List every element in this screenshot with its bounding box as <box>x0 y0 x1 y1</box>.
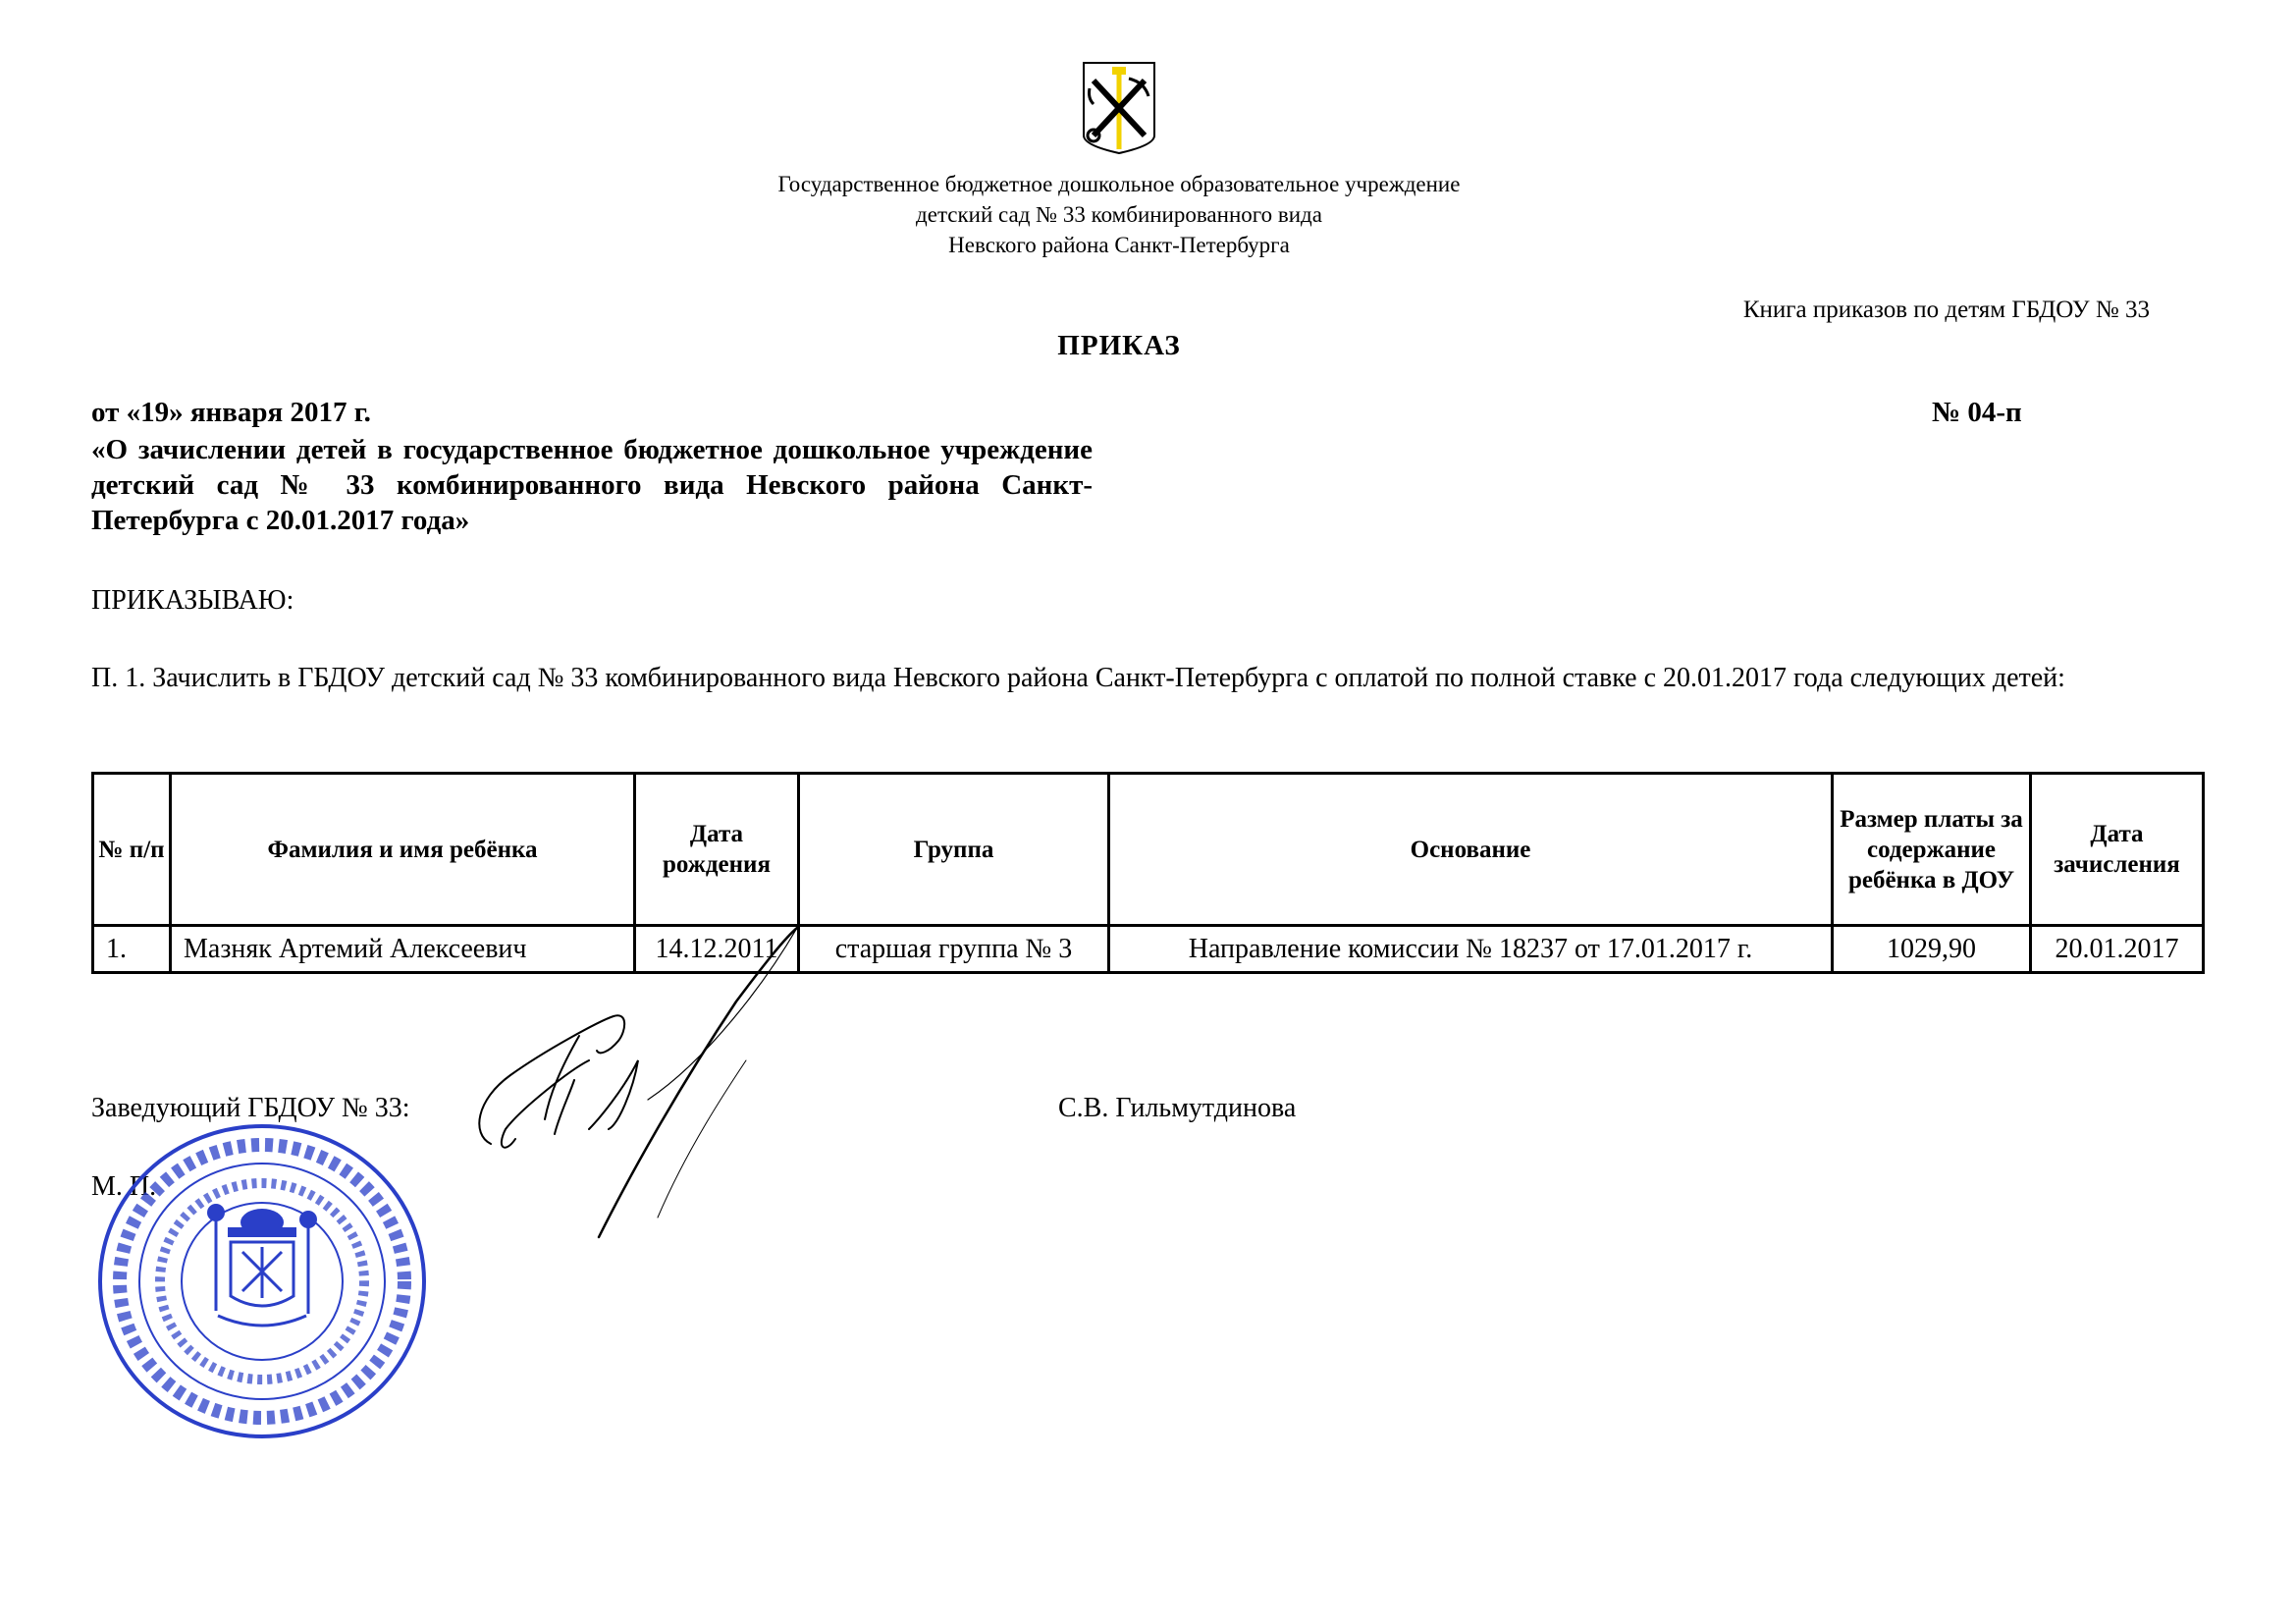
cell-group: старшая группа № 3 <box>799 926 1109 973</box>
column-header-group: Группа <box>799 774 1109 926</box>
cell-enroll-date: 20.01.2017 <box>2031 926 2204 973</box>
column-header-basis: Основание <box>1109 774 1833 926</box>
cell-birth-date: 14.12.2011 <box>635 926 799 973</box>
official-seal-stamp-icon <box>90 1119 434 1443</box>
order-paragraph-1: П. 1. Зачислить в ГБДОУ детский сад № 33… <box>91 661 2153 695</box>
column-header-birth-date: Дата рождения <box>635 774 799 926</box>
document-title: ПРИКАЗ <box>0 330 2238 362</box>
organization-name-line: Невского района Санкт-Петербурга <box>0 230 2238 260</box>
order-directive-label: ПРИКАЗЫВАЮ: <box>91 585 294 617</box>
cell-fee: 1029,90 <box>1833 926 2031 973</box>
cell-number: 1. <box>93 926 171 973</box>
column-header-fee: Размер платы за содержание ребёнка в ДОУ <box>1833 774 2031 926</box>
table-header-row: № п/п Фамилия и имя ребёнка Дата рождени… <box>93 774 2204 926</box>
cell-child-name: Мазняк Артемий Алексеевич <box>171 926 635 973</box>
order-number: № 04-п <box>1932 397 2022 429</box>
column-header-enroll-date: Дата зачисления <box>2031 774 2204 926</box>
order-date: от «19» января 2017 г. <box>91 397 371 429</box>
cell-basis: Направление комиссии № 18237 от 17.01.20… <box>1109 926 1833 973</box>
coat-of-arms-icon <box>1080 59 1158 157</box>
column-header-child-name: Фамилия и имя ребёнка <box>171 774 635 926</box>
seal-place-mark: М. П. <box>91 1171 156 1203</box>
signatory-name: С.В. Гильмутдинова <box>1058 1093 1296 1124</box>
signatory-position: Заведующий ГБДОУ № 33: <box>91 1093 410 1124</box>
order-subject: «О зачислении детей в государственное бю… <box>91 432 1093 538</box>
enrollment-table: № п/п Фамилия и имя ребёнка Дата рождени… <box>91 772 2205 974</box>
organization-name-line: детский сад № 33 комбинированного вида <box>0 199 2238 230</box>
order-book-label: Книга приказов по детям ГБДОУ № 33 <box>1669 297 2150 324</box>
table-row: 1. Мазняк Артемий Алексеевич 14.12.2011 … <box>93 926 2204 973</box>
organization-name-line: Государственное бюджетное дошкольное обр… <box>0 169 2238 199</box>
column-header-number: № п/п <box>93 774 171 926</box>
